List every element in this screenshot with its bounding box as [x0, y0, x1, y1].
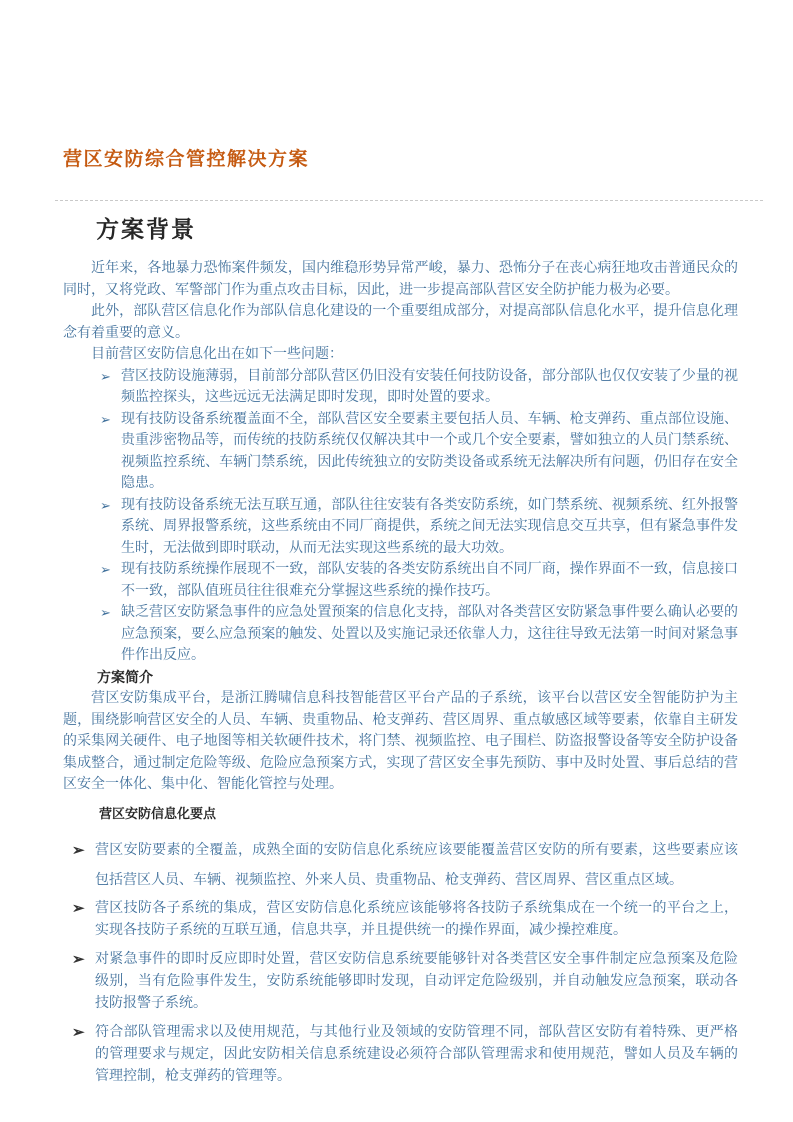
background-section-heading: 方案背景: [96, 214, 738, 244]
point-item: ➢ 对紧急事件的即时反应即时处置，营区安防信息系统要能够针对各类营区安全事件制定…: [72, 949, 738, 1015]
intro-section-heading: 方案简介: [97, 667, 738, 689]
intro-paragraph: 营区安防集成平台，是浙江腾啸信息科技智能营区平台产品的子系统，该平台以营区安全智…: [63, 688, 738, 796]
issues-list: ➢ 营区技防设施薄弱，目前部分部队营区仍旧没有安装任何技防设备，部分部队也仅仅安…: [100, 366, 738, 667]
point-item: ➢ 符合部队管理需求以及使用规范，与其他行业及领域的安防管理不同，部队营区安防有…: [72, 1022, 738, 1088]
arrow-bullet-icon: ➢: [100, 409, 121, 495]
page-content: 营区安防综合管控解决方案 方案背景 近年来，各地暴力恐怖案件频发，国内维稳形势异…: [63, 147, 738, 1095]
point-item: ➢ 营区安防要素的全覆盖，成熟全面的安防信息化系统应该要能覆盖营区安防的所有要素…: [72, 836, 738, 896]
point-text: 对紧急事件的即时反应即时处置，营区安防信息系统要能够针对各类营区安全事件制定应急…: [95, 949, 738, 1015]
points-heading: 营区安防信息化要点: [99, 805, 738, 823]
arrow-bullet-icon: ➢: [100, 366, 121, 409]
arrow-bullet-icon: ➢: [72, 898, 95, 942]
arrow-bullet-icon: ➢: [100, 495, 121, 560]
arrow-bullet-icon: ➢: [72, 1022, 95, 1088]
point-text: 符合部队管理需求以及使用规范，与其他行业及领域的安防管理不同，部队营区安防有着特…: [95, 1022, 738, 1088]
dashed-separator: [55, 200, 763, 201]
issue-text: 现有技防系统操作展现不一致，部队安装的各类安防系统出自不同厂商，操作界面不一致，…: [121, 559, 738, 602]
document-page: 营区安防综合管控解决方案 方案背景 近年来，各地暴力恐怖案件频发，国内维稳形势异…: [0, 0, 793, 1122]
background-paragraph-1: 近年来，各地暴力恐怖案件频发，国内维稳形势异常严峻，暴力、恐怖分子在丧心病狂地攻…: [63, 258, 738, 301]
document-title: 营区安防综合管控解决方案: [63, 147, 738, 172]
points-list: ➢ 营区安防要素的全覆盖，成熟全面的安防信息化系统应该要能覆盖营区安防的所有要素…: [72, 836, 738, 1088]
arrow-bullet-icon: ➢: [72, 949, 95, 1015]
background-paragraph-3: 目前营区安防信息化出在如下一些问题：: [63, 344, 738, 366]
issue-item: ➢ 现有技防系统操作展现不一致，部队安装的各类安防系统出自不同厂商，操作界面不一…: [100, 559, 738, 602]
arrow-bullet-icon: ➢: [100, 602, 121, 667]
issue-text: 营区技防设施薄弱，目前部分部队营区仍旧没有安装任何技防设备，部分部队也仅仅安装了…: [121, 366, 738, 409]
issue-item: ➢ 营区技防设施薄弱，目前部分部队营区仍旧没有安装任何技防设备，部分部队也仅仅安…: [100, 366, 738, 409]
point-text: 营区安防要素的全覆盖，成熟全面的安防信息化系统应该要能覆盖营区安防的所有要素，这…: [95, 836, 738, 896]
background-paragraph-2: 此外，部队营区信息化作为部队信息化建设的一个重要组成部分，对提高部队信息化水平，…: [63, 301, 738, 344]
issue-text: 现有技防设备系统无法互联互通，部队往往安装有各类安防系统，如门禁系统、视频系统、…: [121, 495, 738, 560]
arrow-bullet-icon: ➢: [72, 836, 95, 896]
issue-item: ➢ 现有技防设备系统覆盖面不全，部队营区安全要素主要包括人员、车辆、枪支弹药、重…: [100, 409, 738, 495]
point-item: ➢ 营区技防各子系统的集成，营区安防信息化系统应该能够将各技防子系统集成在一个统…: [72, 898, 738, 942]
issue-item: ➢ 缺乏营区安防紧急事件的应急处置预案的信息化支持，部队对各类营区安防紧急事件要…: [100, 602, 738, 667]
issue-item: ➢ 现有技防设备系统无法互联互通，部队往往安装有各类安防系统，如门禁系统、视频系…: [100, 495, 738, 560]
arrow-bullet-icon: ➢: [100, 559, 121, 602]
point-text: 营区技防各子系统的集成，营区安防信息化系统应该能够将各技防子系统集成在一个统一的…: [95, 898, 738, 942]
issue-text: 缺乏营区安防紧急事件的应急处置预案的信息化支持，部队对各类营区安防紧急事件要么确…: [121, 602, 738, 667]
issue-text: 现有技防设备系统覆盖面不全，部队营区安全要素主要包括人员、车辆、枪支弹药、重点部…: [121, 409, 738, 495]
